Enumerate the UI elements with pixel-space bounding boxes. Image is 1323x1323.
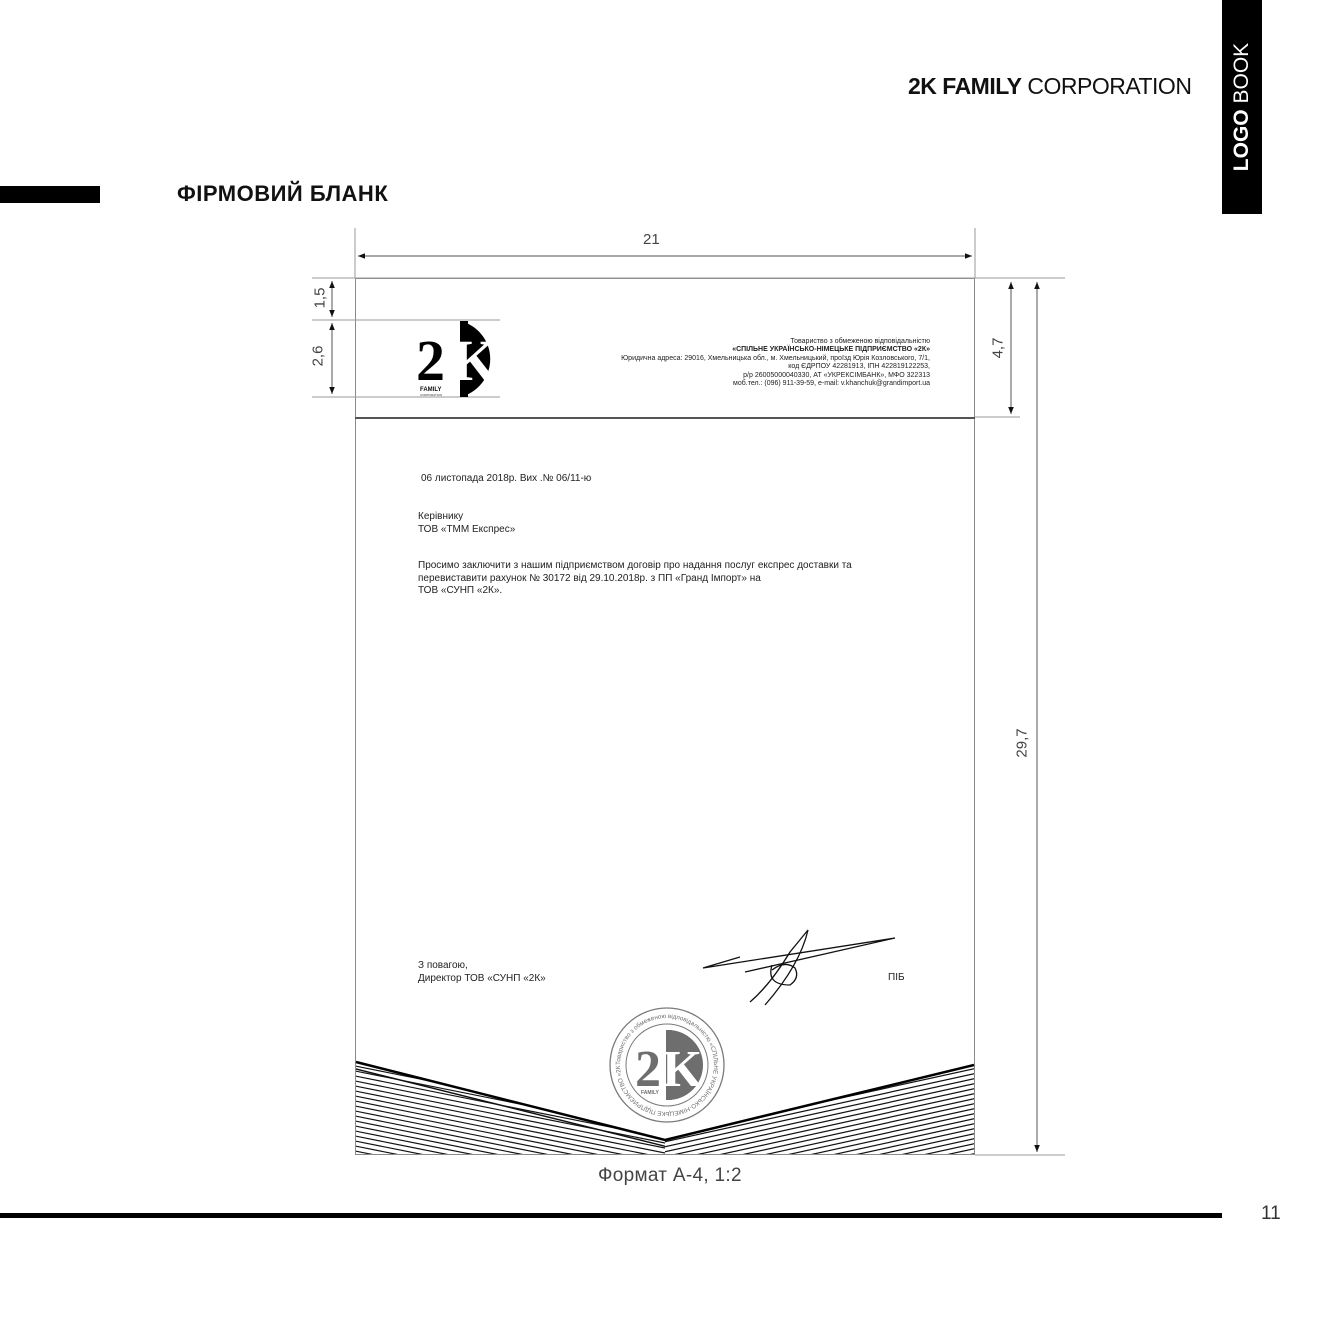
company-codes: код ЄДРПОУ 42281913, ІПН 422819122253, [570,363,930,371]
svg-text:K: K [662,1041,703,1098]
body-line: перевиставити рахунок № 30172 від 29.10.… [418,573,918,586]
letter-closing: З повагою, Директор ТОВ «СУНП «2К» [418,960,546,985]
dim-top-margin-label: 1,5 [312,288,328,309]
svg-text:K: K [452,328,496,393]
company-bank: р/р 26005000040330, АТ «УКРЕКСІМБАНК», М… [570,372,930,380]
svg-text:2: 2 [416,328,445,393]
closing-greeting: З повагою, [418,960,546,973]
company-address: Юридична адреса: 29016, Хмельницька обл.… [570,355,930,363]
body-line: Просимо заключити з нашим підприємством … [418,560,918,573]
signature-name-label: ПІБ [888,972,905,983]
closing-signatory: Директор ТОВ «СУНП «2К» [418,973,546,986]
company-stamp: Товариство з обмеженою відповідальністю … [608,1006,726,1124]
dim-height-label: 29,7 [1015,728,1031,757]
dim-logo-height-label: 2,6 [310,346,326,367]
company-name: «СПІЛЬНЕ УКРАЇНСЬКО-НІМЕЦЬКЕ ПІДПРИЄМСТВ… [570,346,930,354]
letter-recipient: Керівнику ТОВ «ТММ Експрес» [418,511,515,536]
dim-width-label: 21 [643,232,660,248]
body-line: ТОВ «СУНП «2К». [418,585,918,598]
page-number: 11 [1261,1203,1281,1225]
company-contacts: моб.тел.: (096) 911-39-59, e-mail: v.kha… [570,380,930,388]
company-details: Товариство з обмеженою відповідальністю … [570,338,930,388]
recipient-title: Керівнику [418,511,515,524]
logo-corporation-text: CORPORATION [420,394,442,397]
footer-rule [0,1213,1222,1218]
stamp-family-text: FAMILY [641,1090,660,1096]
dimension-drawing [0,0,1323,1323]
format-caption: Формат А-4, 1:2 [598,1165,742,1187]
dim-header-height-label: 4,7 [990,338,1006,359]
letter-date-ref: 06 листопада 2018р. Вих .№ 06/11-ю [421,473,591,486]
recipient-company: ТОВ «ТММ Експрес» [418,524,515,537]
letter-body: Просимо заключити з нашим підприємством … [418,560,918,598]
